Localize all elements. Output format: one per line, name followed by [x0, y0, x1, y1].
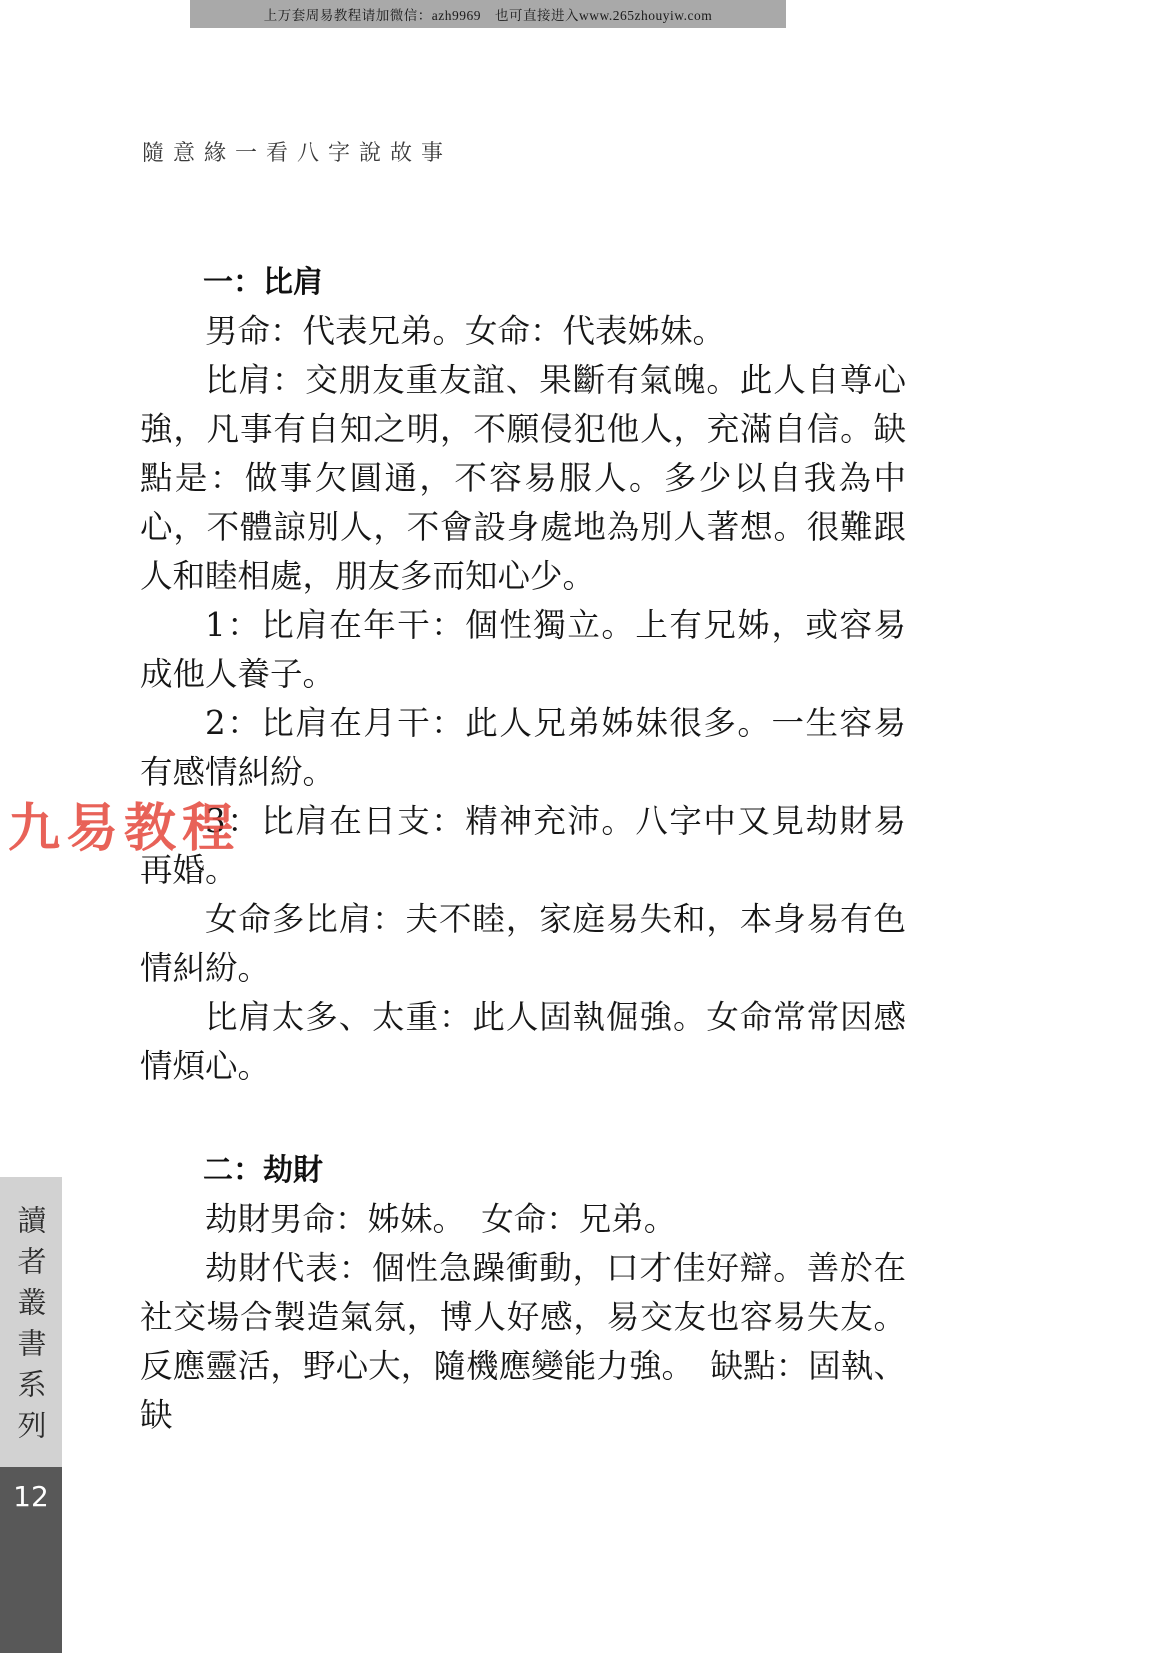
page-number: 12 [13, 1480, 49, 1513]
running-head-title: 隨意緣一看八字說故事 [142, 136, 452, 167]
page-number-block: 12 [0, 1467, 62, 1653]
section-1-paragraph-7: 比肩太多、太重：此人固執倔強。女命常常因感情煩心。 [140, 993, 906, 1091]
series-label: 讀者叢書系列 [11, 1205, 52, 1467]
section-1-paragraph-5: 3：比肩在日支：精神充沛。八字中又見劫財易再婚。 [140, 797, 906, 895]
promo-banner-text: 上万套周易教程请加微信：azh9969 也可直接进入www.265zhouyiw… [264, 4, 712, 24]
section-1-paragraph-4: 2：比肩在月干：此人兄弟姊妹很多。一生容易有感情糾紛。 [140, 699, 906, 797]
section-2-heading: 二：劫財 [140, 1146, 906, 1195]
section-1-paragraph-2: 比肩：交朋友重友誼、果斷有氣魄。此人自尊心強，凡事有自知之明，不願侵犯他人，充滿… [140, 356, 906, 601]
section-1-paragraph-6: 女命多比肩：夫不睦，家庭易失和，本身易有色情糾紛。 [140, 895, 906, 993]
page-content: 一：比肩 男命：代表兄弟。女命：代表姊妹。 比肩：交朋友重友誼、果斷有氣魄。此人… [140, 258, 906, 1440]
section-2-paragraph-2: 劫財代表：個性急躁衝動，口才佳好辯。善於在社交場合製造氣氛，博人好感，易交友也容… [140, 1244, 906, 1440]
series-label-block: 讀者叢書系列 [0, 1177, 62, 1467]
book-page: 上万套周易教程请加微信：azh9969 也可直接进入www.265zhouyiw… [0, 0, 1165, 1653]
section-1-paragraph-1: 男命：代表兄弟。女命：代表姊妹。 [140, 307, 906, 356]
red-watermark-text: 九易教程 [8, 786, 240, 861]
section-2-paragraph-1: 劫財男命：姊妹。 女命：兄弟。 [140, 1195, 906, 1244]
section-1-paragraph-3: 1：比肩在年干：個性獨立。上有兄姊，或容易成他人養子。 [140, 601, 906, 699]
promo-banner: 上万套周易教程请加微信：azh9969 也可直接进入www.265zhouyiw… [190, 0, 786, 28]
section-1-heading: 一：比肩 [140, 258, 906, 307]
